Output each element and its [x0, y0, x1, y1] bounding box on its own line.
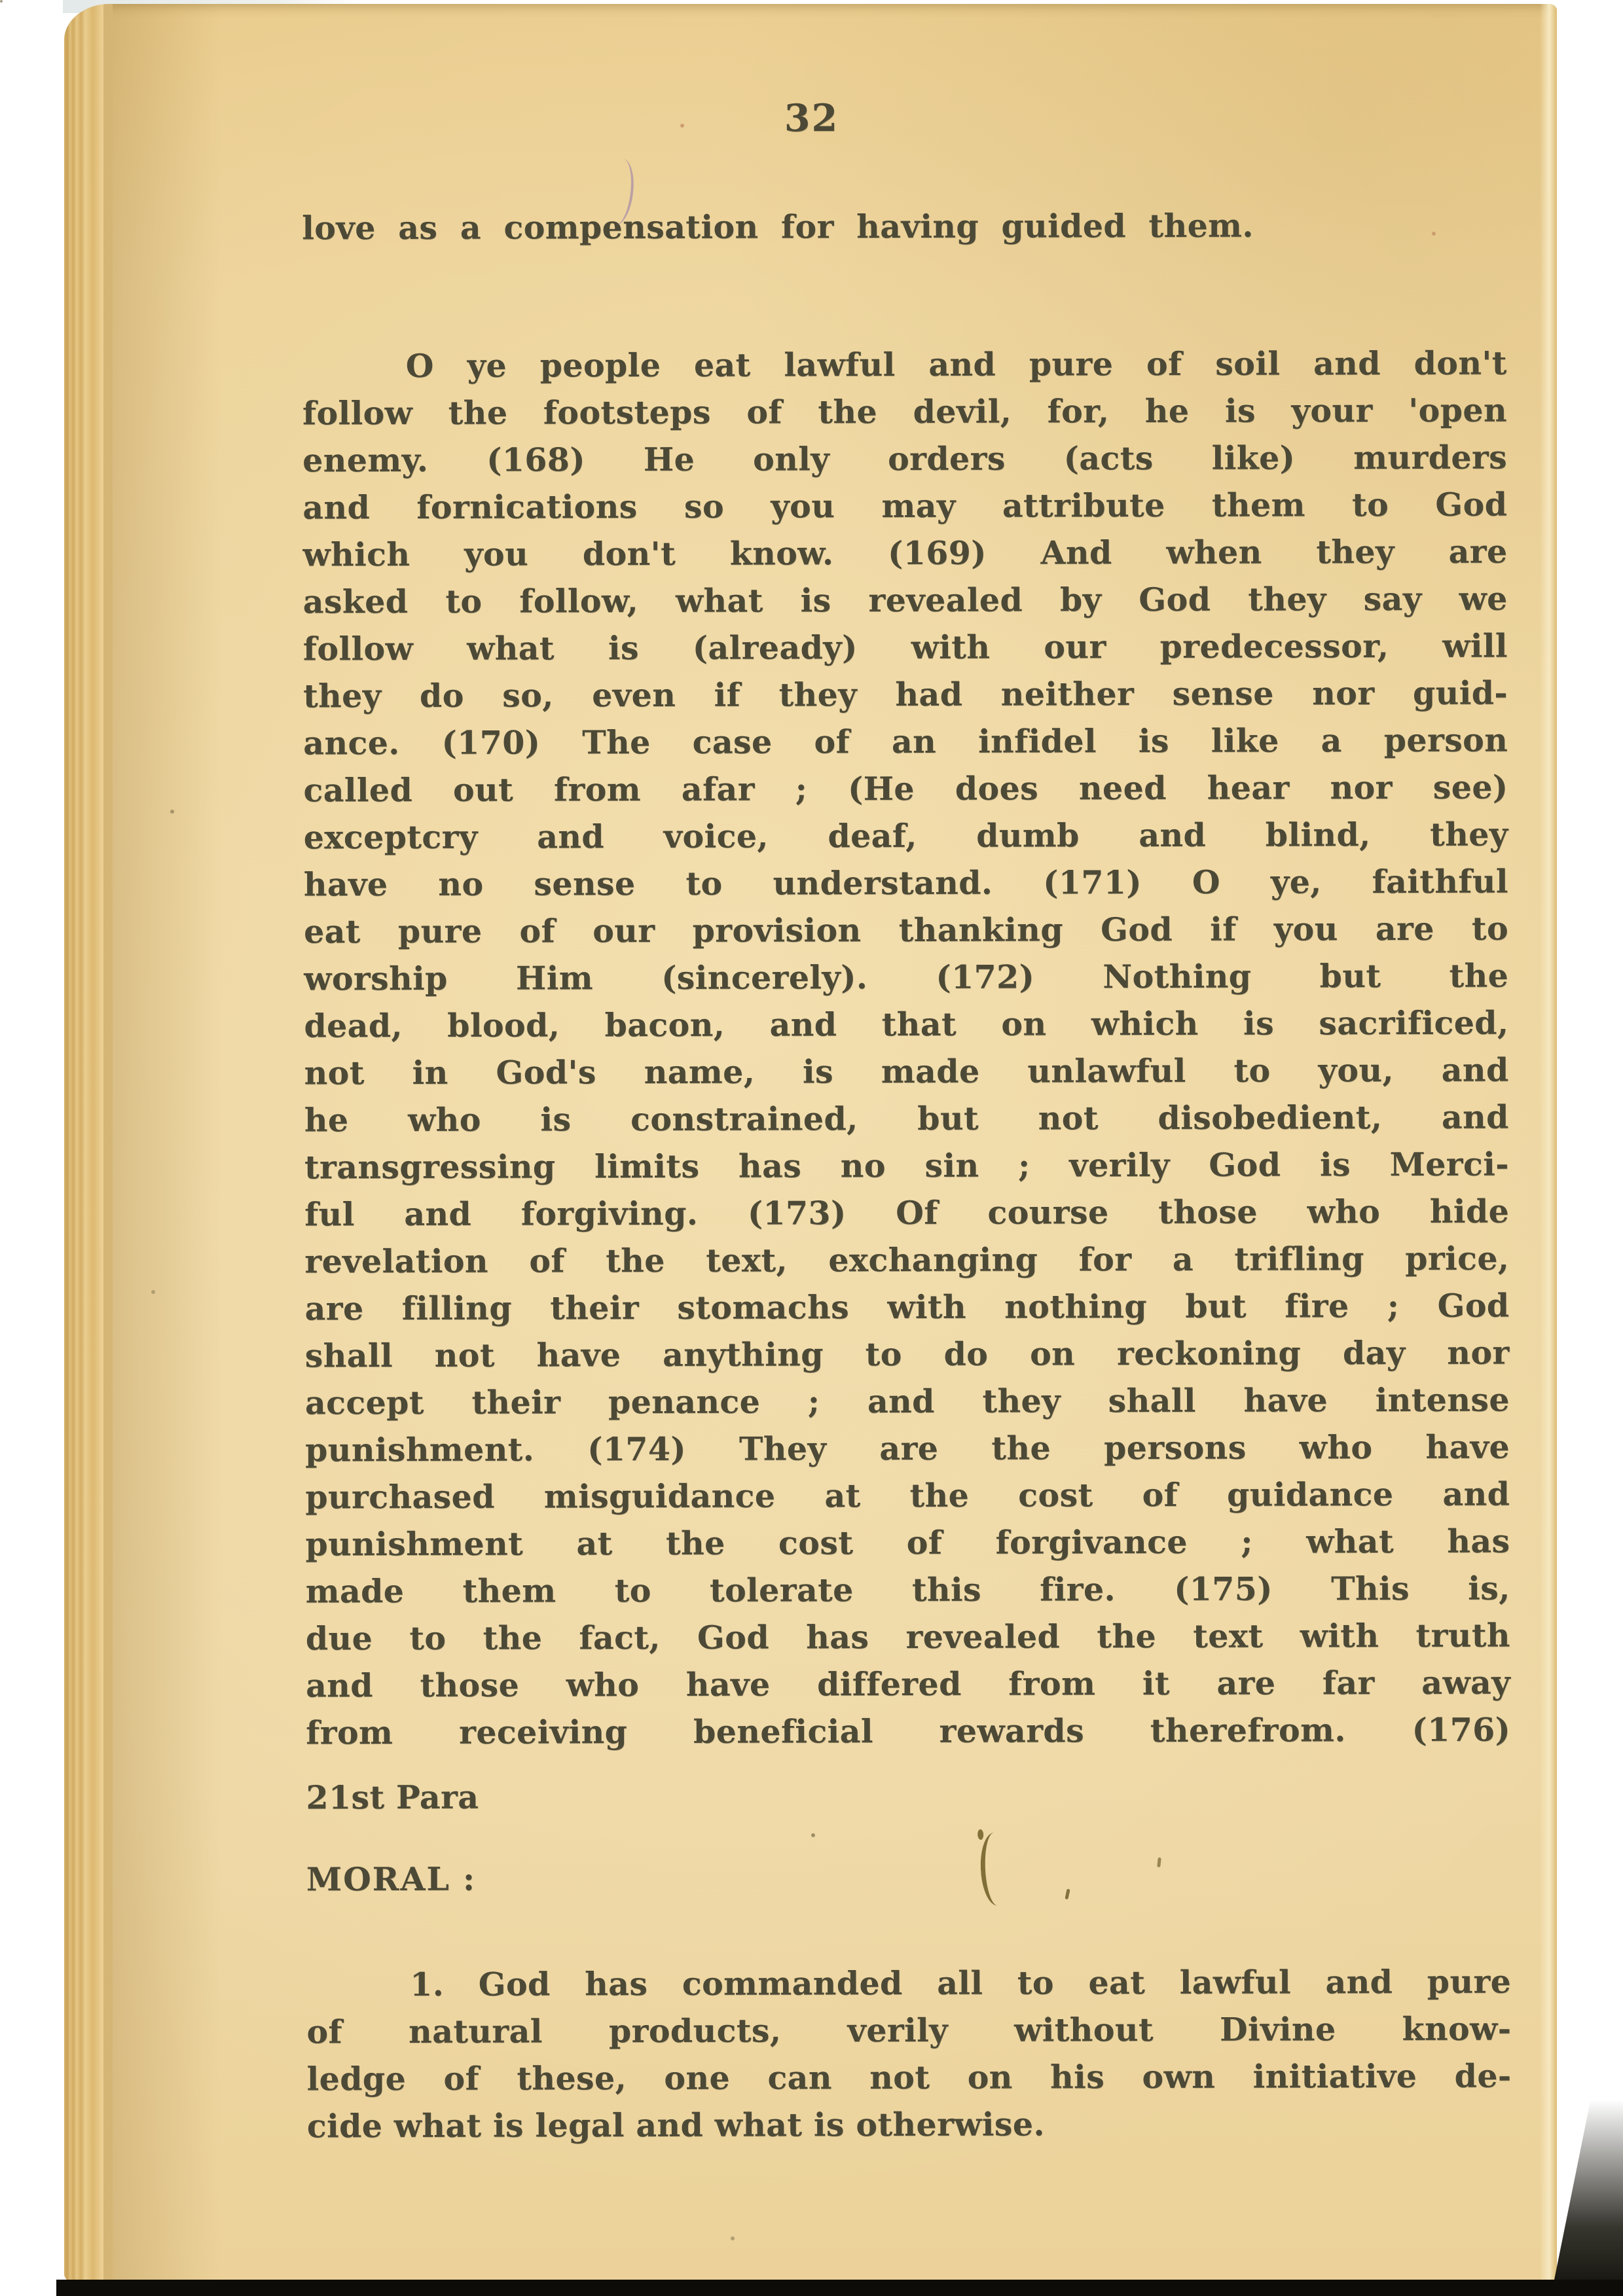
body-text-column: love as a compensation for having guided… [302, 202, 1512, 2150]
text-line: transgressing limits has no sin ; verily… [304, 1141, 1509, 1191]
text-line: worship Him (sincerely). (172) Nothing b… [304, 952, 1508, 1003]
text-line: MORAL : [306, 1853, 1511, 1903]
text-line: which you don't know. (169) And when the… [302, 528, 1507, 579]
text-line: 21st Para [306, 1771, 1510, 1821]
text-line: revelation of the text, exchanging for a… [304, 1235, 1509, 1285]
text-line: 1. God has commanded all to eat lawful a… [306, 1958, 1511, 2009]
text-line: punishment. (174) They are the persons w… [305, 1424, 1510, 1474]
text-line: and fornications so you may attribute th… [302, 481, 1507, 531]
text-line: and those who have differed from it are … [306, 1659, 1510, 1710]
text-line: from receiving beneficial rewards theref… [306, 1706, 1510, 1757]
spine-shadow [103, 4, 234, 2282]
text-line: asked to follow, what is revealed by God… [303, 575, 1508, 626]
text-line: eat pure of our provision thanking God i… [304, 905, 1508, 956]
text-line: have no sense to understand. (171) O ye,… [304, 858, 1508, 908]
scan-specks [0, 0, 3, 3]
scan-bottom-bar [56, 2280, 1623, 2296]
text-line: are filling their stomachs with nothing … [304, 1282, 1509, 1333]
text-line: ful and forgiving. (173) Of course those… [304, 1188, 1509, 1238]
text-line: O ye people eat lawful and pure of soil … [302, 340, 1507, 390]
text-line: follow what is (already) with our predec… [303, 622, 1508, 673]
text-line: ledge of these, one can not on his own i… [307, 2053, 1512, 2103]
corner-shadow [1551, 2100, 1623, 2296]
text-line: accept their penance ; and they shall ha… [305, 1376, 1510, 1427]
page-number: 32 [0, 96, 1623, 140]
text-line: of natural products, verily without Divi… [306, 2005, 1511, 2056]
text-line: cide what is legal and what is otherwise… [307, 2100, 1512, 2150]
text-line: punishment at the cost of forgivance ; w… [305, 1518, 1510, 1568]
text-line: shall not have anything to do on reckoni… [305, 1329, 1510, 1380]
text-line: exceptcry and voice, deaf, dumb and blin… [304, 811, 1508, 861]
scanned-book-page: 32 love as a compensation for having gui… [0, 0, 1623, 2296]
text-line: called out from afar ; (He does need hea… [303, 764, 1508, 814]
text-line: dead, blood, bacon, and that on which is… [304, 999, 1508, 1050]
text-line: follow the footsteps of the devil, for, … [302, 387, 1507, 437]
text-line: he who is constrained, but not disobedie… [304, 1094, 1509, 1144]
text-line: purchased misguidance at the cost of gui… [305, 1471, 1510, 1521]
text-line: ance. (170) The case of an infidel is li… [303, 717, 1508, 767]
text-line: love as a compensation for having guided… [302, 202, 1506, 252]
text-line: due to the fact, God has revealed the te… [306, 1612, 1510, 1662]
page-right-edge-highlight [1540, 4, 1557, 2282]
text-line: made them to tolerate this fire. (175) T… [306, 1565, 1510, 1615]
text-line: they do so, even if they had neither sen… [303, 670, 1508, 720]
text-line: enemy. (168) He only orders (acts like) … [302, 434, 1507, 484]
text-line: not in God's name, is made unlawful to y… [304, 1047, 1508, 1097]
